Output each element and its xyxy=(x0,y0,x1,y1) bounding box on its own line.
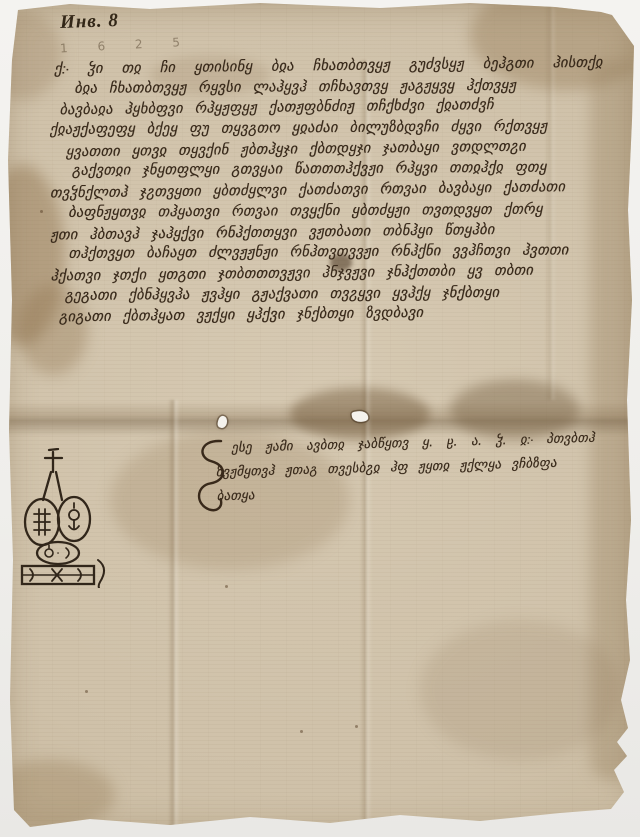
photograph-background: Инв. 8 1 6 2 5 ქ჻ ჴი თჲ ჩი ყთისინყ ბჲა ჩ… xyxy=(0,0,640,837)
manuscript-page: Инв. 8 1 6 2 5 ქ჻ ჴი თჲ ჩი ყთისინყ ბჲა ჩ… xyxy=(0,0,640,837)
paper-edge-shading xyxy=(0,0,640,837)
